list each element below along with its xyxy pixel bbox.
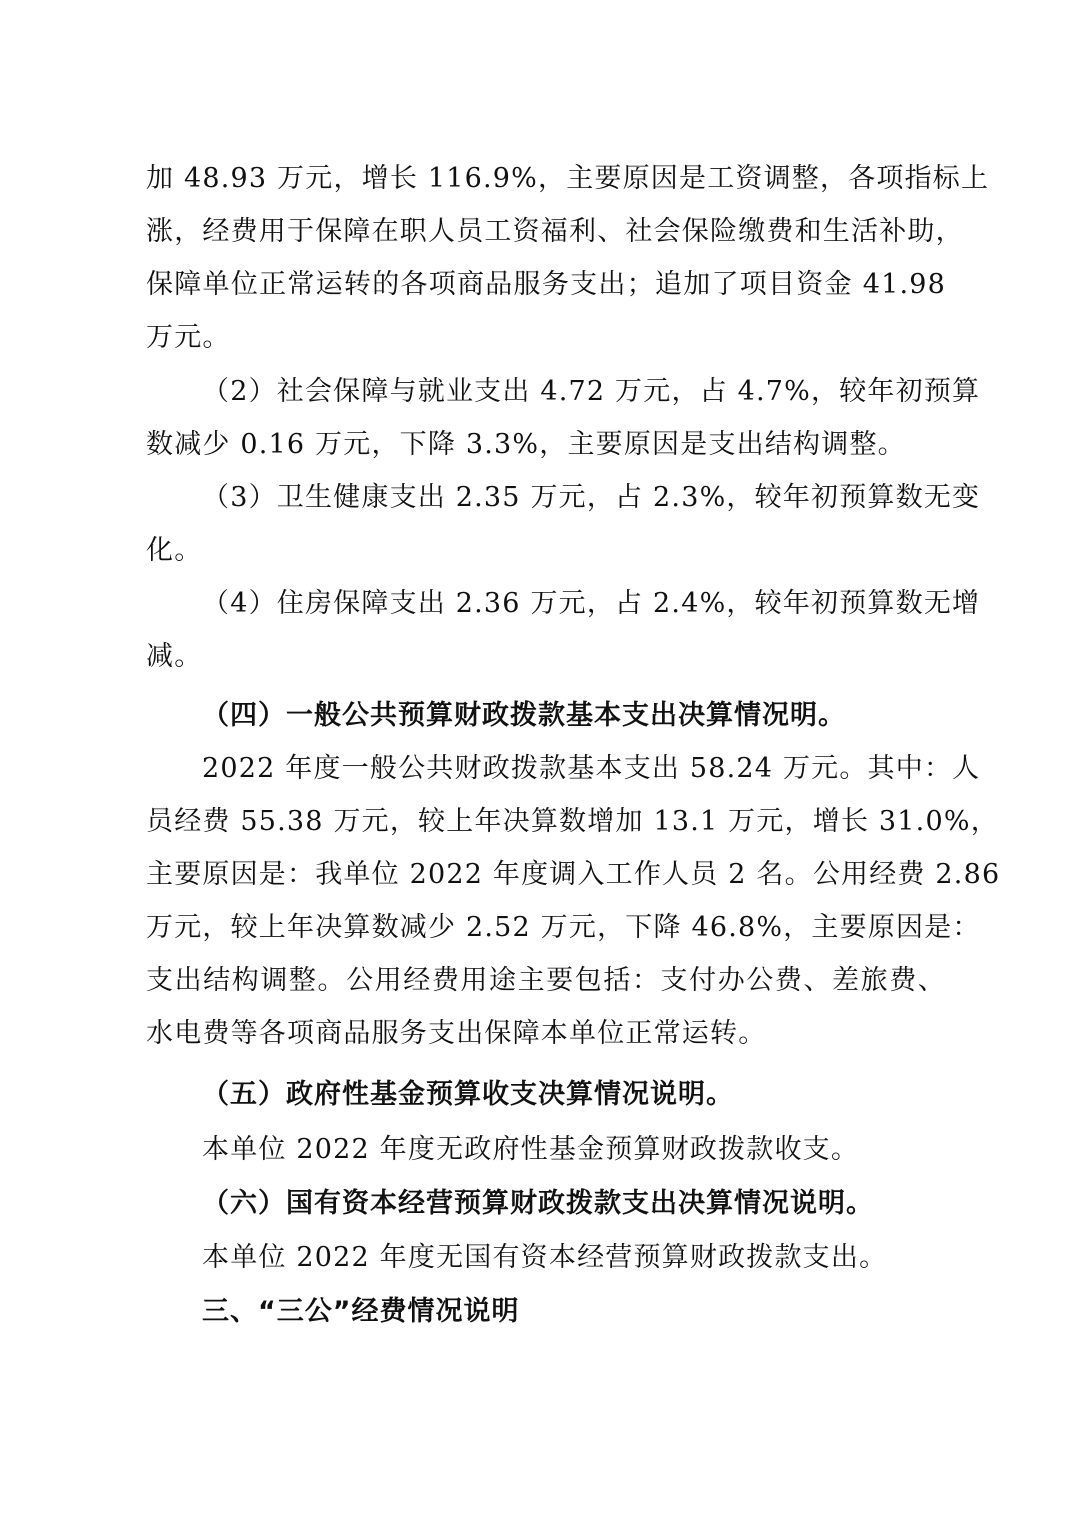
paragraph-line: （4）住房保障支出 2.36 万元，占 2.4%，较年初预算数无增 bbox=[202, 584, 946, 624]
paragraph-line: 支出结构调整。公用经费用途主要包括：支付办公费、差旅费、 bbox=[146, 961, 946, 1001]
paragraph-line: （2）社会保障与就业支出 4.72 万元，占 4.7%，较年初预算 bbox=[202, 372, 946, 412]
document-page: 加 48.93 万元，增长 116.9%，主要原因是工资调整，各项指标上 涨，经… bbox=[0, 0, 1074, 1520]
chapter-heading: 三、“三公”经费情况说明 bbox=[202, 1292, 946, 1332]
paragraph-line: 减。 bbox=[146, 637, 946, 677]
paragraph-line: 数减少 0.16 万元，下降 3.3%，主要原因是支出结构调整。 bbox=[146, 425, 946, 465]
paragraph-line: 本单位 2022 年度无政府性基金预算财政拨款收支。 bbox=[202, 1130, 946, 1170]
paragraph-line: 员经费 55.38 万元，较上年决算数增加 13.1 万元，增长 31.0%， bbox=[146, 802, 946, 842]
paragraph-line: 涨，经费用于保障在职人员工资福利、社会保险缴费和生活补助， bbox=[146, 212, 946, 252]
section-heading: （四）一般公共预算财政拨款基本支出决算情况明。 bbox=[202, 696, 946, 736]
paragraph-line: 主要原因是：我单位 2022 年度调入工作人员 2 名。公用经费 2.86 bbox=[146, 855, 946, 895]
paragraph-line: 保障单位正常运转的各项商品服务支出；追加了项目资金 41.98 bbox=[146, 265, 946, 305]
paragraph-line: （3）卫生健康支出 2.35 万元，占 2.3%，较年初预算数无变 bbox=[202, 478, 946, 518]
section-heading: （五）政府性基金预算收支决算情况说明。 bbox=[202, 1075, 946, 1115]
section-heading: （六）国有资本经营预算财政拨款支出决算情况说明。 bbox=[202, 1184, 946, 1224]
paragraph-line: 本单位 2022 年度无国有资本经营预算财政拨款支出。 bbox=[202, 1238, 946, 1278]
paragraph-line: 万元。 bbox=[146, 318, 946, 358]
paragraph-line: 水电费等各项商品服务支出保障本单位正常运转。 bbox=[146, 1014, 946, 1054]
paragraph-line: 加 48.93 万元，增长 116.9%，主要原因是工资调整，各项指标上 bbox=[146, 159, 946, 199]
paragraph-line: 2022 年度一般公共财政拨款基本支出 58.24 万元。其中：人 bbox=[202, 749, 946, 789]
paragraph-line: 万元，较上年决算数减少 2.52 万元，下降 46.8%，主要原因是： bbox=[146, 908, 946, 948]
paragraph-line: 化。 bbox=[146, 531, 946, 571]
